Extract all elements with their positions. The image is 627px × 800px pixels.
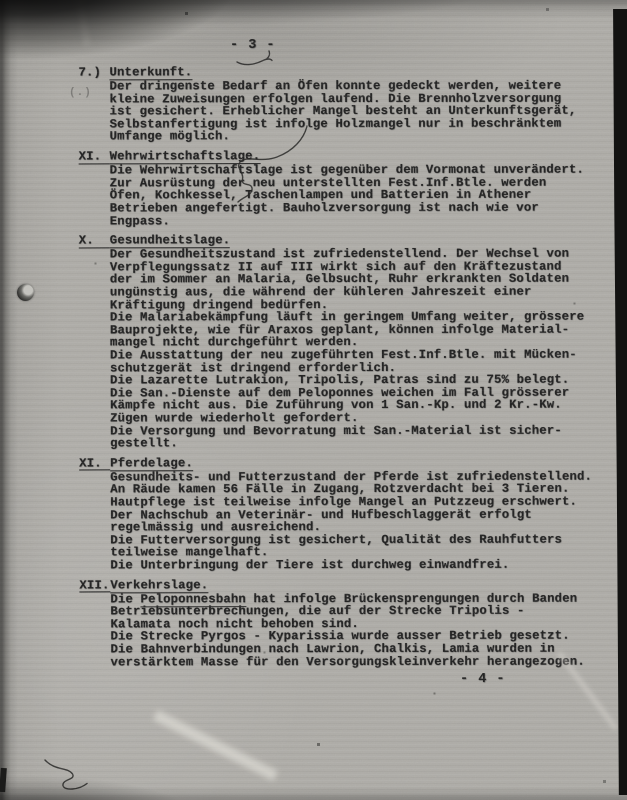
page-number-top: - 3 - <box>230 38 276 53</box>
scan-left-edge-mark <box>0 768 7 792</box>
section-text: Die Peloponnesbahn hat infolge Brückensp… <box>110 592 613 668</box>
text-line: Umfange möglich. <box>110 130 613 143</box>
section-number: X. <box>79 235 110 249</box>
scanned-document-page: - 3 - (.) 7.)Unterkunft.Der dringenste B… <box>0 0 627 800</box>
text-line: Die Versorgung und Bevorratung mit San.-… <box>110 424 613 437</box>
checkmark-swoosh-under-page-number <box>237 51 272 65</box>
document-body: 7.)Unterkunft.Der dringenste Bedarf an Ö… <box>78 66 613 669</box>
section-number: 7.) <box>78 66 109 80</box>
text-line: Engpass. <box>110 214 613 227</box>
section-text: Gesundheits- und Futterzustand der Pferd… <box>110 470 613 572</box>
section-title: Pferdelage. <box>110 457 193 471</box>
section-text: Der Gesundheitszustand ist zufriedenstel… <box>110 248 613 450</box>
section-unterkunft: 7.)Unterkunft.Der dringenste Bedarf an Ö… <box>78 66 612 144</box>
text-line: verstärktem Masse für den Versorgungskle… <box>111 655 614 668</box>
pen-squiggle-bottom-left <box>45 760 87 789</box>
section-number: XII. <box>79 579 110 593</box>
text-line: Betrieben angefertigt. Bauholzversorgung… <box>110 201 613 214</box>
hole-punch <box>17 284 34 301</box>
paper-crease <box>153 710 278 781</box>
paper-crease <box>73 0 90 46</box>
section-title: Verkehrslage. <box>110 579 208 593</box>
section-verkehrslage: XII.Verkehrslage.Die Peloponnesbahn hat … <box>79 578 613 669</box>
section-text: Der dringenste Bedarf an Öfen konnte ged… <box>109 80 612 144</box>
section-gesundheitslage: X.Gesundheitslage.Der Gesundheitszustand… <box>79 234 613 451</box>
page-number-bottom: - 4 - <box>460 672 506 687</box>
section-wehrwirtschaftslage: XI.Wehrwirtschaftslage.Die Wehrwirtschaf… <box>79 150 613 228</box>
section-number: XI. <box>79 150 110 164</box>
section-pferdelage: XI.Pferdelage.Gesundheits- und Futterzus… <box>79 456 613 572</box>
section-text: Die Wehrwirtschaftslage ist gegenüber de… <box>110 164 613 228</box>
text-line: Die Unterbringung der Tiere ist durchweg… <box>110 559 613 572</box>
section-number: XI. <box>79 457 110 471</box>
dust-specks <box>0 0 1 1</box>
text-line: gestellt. <box>110 437 613 450</box>
